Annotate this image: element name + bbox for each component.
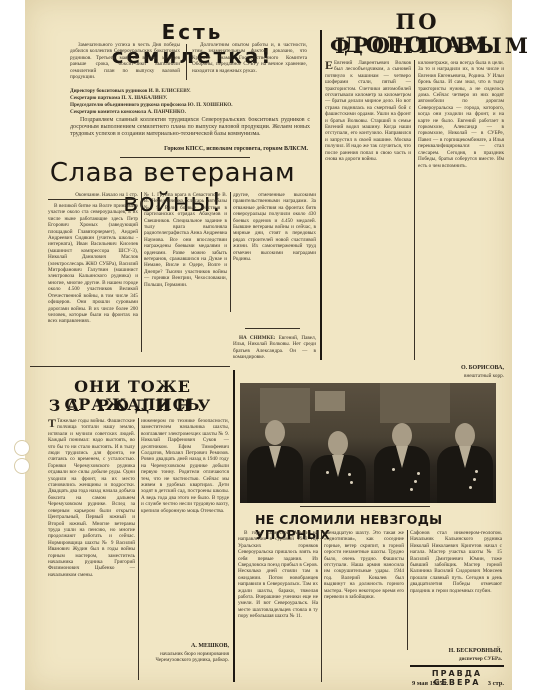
addressee-3: Председателю объединенного рудкома профс…	[70, 102, 310, 109]
person-4	[435, 398, 495, 503]
slava-continuation: Окончание. Начало на 1 стр.	[48, 192, 138, 198]
addressee-2: Секретарю парткома П. Х. ШАБАЛИНУ.	[70, 95, 310, 102]
person-3	[372, 398, 432, 503]
photo-caption: НА СНИМКЕ: Евгений, Павел, Илья, Николай…	[233, 335, 316, 375]
semiletka-signature: Горком КПСС, исполком горсовета, горком …	[120, 146, 308, 152]
semiletka-intro-right: Долголетним опытом работы и, в частности…	[192, 42, 307, 82]
slava-col2: № 1. Группа врага в Севастополе В. И. Че…	[144, 192, 227, 352]
person-2	[308, 403, 368, 503]
column-divider	[321, 530, 322, 682]
dropcap: Т	[48, 418, 56, 428]
slava-col3: другие, отмеченные высокими правительств…	[233, 192, 316, 312]
headline-dorogam-line2: ФРОНТОВЫМ	[330, 34, 505, 57]
photo-volkov-brothers	[240, 383, 496, 503]
person-1	[245, 398, 305, 503]
divider	[245, 328, 300, 329]
divider	[186, 44, 187, 80]
dorogam-col1-text: Евгений Лаврентьевич Волков был лесообъе…	[325, 60, 411, 162]
divider	[30, 366, 230, 367]
semiletka-greeting: Поздравляем славный коллектив трудящихся…	[70, 117, 310, 143]
footer-rule	[410, 665, 504, 667]
slava-col1: В великой битве на Волге принимало участ…	[48, 203, 138, 353]
issue-date: 9 мая 1985 г.	[412, 680, 448, 687]
dropcap: Е	[325, 60, 333, 70]
ne-col1: В годы Советской Армии на направлении в …	[238, 530, 318, 682]
column-divider	[407, 530, 408, 650]
dorogam-signature-name: О. БОРИСОВА,	[418, 365, 504, 371]
addressee-1: Директору бокситовых рудников И. В. ЕЛИС…	[70, 88, 310, 95]
column-divider	[320, 30, 322, 360]
oni-col1: ТТяжелые годы войны. Фашистские полчища …	[48, 418, 135, 680]
punch-hole	[14, 440, 30, 456]
oni-col2: инженером по технике безопасности, замес…	[141, 418, 229, 636]
column-divider	[414, 60, 415, 360]
oni-col1-text: Тяжелые годы войны. Фашистские полчища т…	[48, 418, 135, 578]
addressee-4: Секретарю комитета комсомола А. ПАНЧЕНКО…	[70, 109, 310, 116]
headline-oni-line2: ЗА РОДИНУ	[40, 397, 225, 415]
column-divider	[233, 370, 235, 682]
ne-signature-title: диспетчер СУБРа.	[410, 656, 502, 662]
divider	[48, 199, 138, 200]
ne-col2: двенадцатую шахту. Это такая же «однотип…	[324, 530, 404, 682]
oni-signature-name: А. МЕШКОВ,	[141, 643, 229, 649]
column-divider	[138, 418, 139, 680]
dorogam-col2: километражи, она всегда была в цели. За …	[418, 60, 504, 360]
punch-hole	[14, 458, 30, 474]
oni-signature-title: начальник бюро нормирования Черемуховско…	[141, 651, 229, 671]
ne-signature-name: Н. БЕСКРОВНЫЙ,	[410, 648, 502, 654]
ne-col3: Сафонов стал инженером-геологом. Начальн…	[410, 530, 502, 640]
column-divider	[230, 192, 231, 312]
divider	[300, 506, 430, 507]
dorogam-signature-title: внештатный корр.	[418, 373, 504, 379]
column-divider	[141, 192, 142, 352]
semiletka-intro-left: Замечательного успеха в честь Дня победы…	[70, 42, 180, 82]
page-number: 3 стр.	[470, 680, 504, 687]
dorogam-col1: ЕЕвгений Лаврентьевич Волков был лесообъ…	[325, 60, 411, 360]
